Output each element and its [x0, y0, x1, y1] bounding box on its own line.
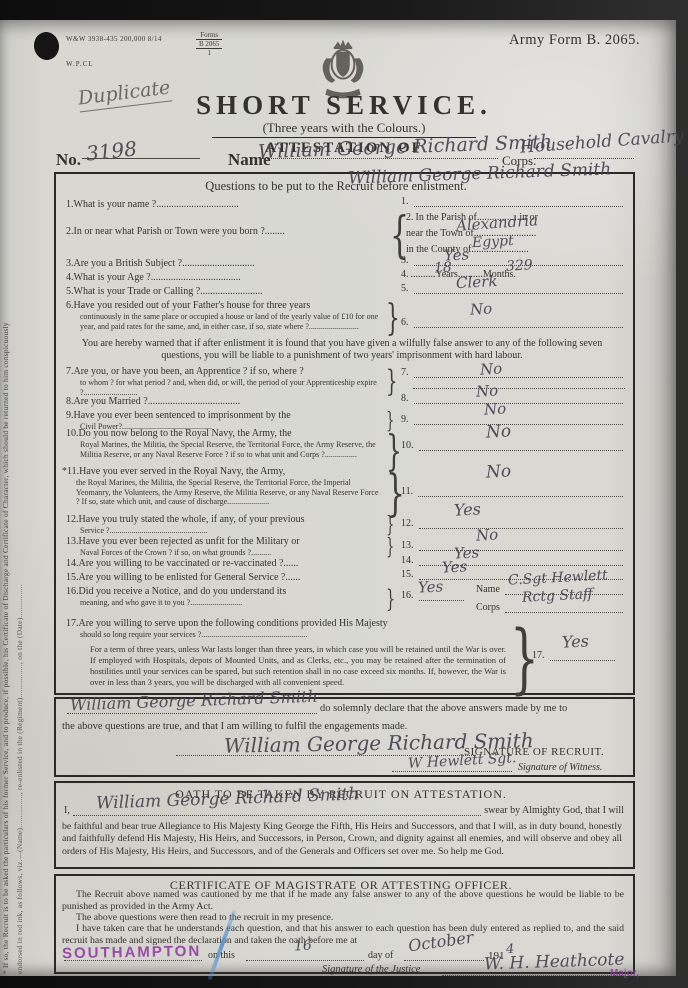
- declaration-line-1: do solemnly declare that the above answe…: [64, 703, 624, 714]
- questions-section: Questions to be put to the Recruit befor…: [54, 172, 635, 695]
- witness-signature-label: Signature of Witness.: [518, 762, 602, 773]
- declaration-section: William George Richard Smith do solemnly…: [54, 697, 635, 777]
- declaration-text-1: do solemnly declare that the above answe…: [320, 703, 567, 714]
- question-3: 3.Are you a British Subject ?...........…: [66, 258, 388, 270]
- answer-13-line: 13.: [401, 540, 626, 551]
- answer-5-line: 5.: [401, 283, 626, 294]
- forms-reference: Forms B 2065 1: [196, 31, 222, 57]
- question-2-text: In or near what Parish or Town were you …: [74, 226, 285, 237]
- answer-14-number: 14.: [401, 555, 414, 566]
- question-1: 1.What is your name ?...................…: [66, 199, 388, 211]
- day-of-label: day of: [368, 950, 393, 961]
- question-14-text: Are you willing to be vaccinated or re-v…: [79, 558, 299, 569]
- name-dotted-line: [262, 158, 498, 159]
- scanned-attestation-form: * If so, the Recruit is to be asked the …: [0, 0, 688, 988]
- question-15: 15.Are you willing to be enlisted for Ge…: [66, 572, 388, 584]
- answer-8-line: 8.: [401, 393, 626, 404]
- answer-14-line: 14.: [401, 555, 626, 566]
- answer-9-line: 9.: [401, 414, 626, 425]
- question-17-conditions: For a term of three years, unless War la…: [90, 644, 506, 688]
- certificate-para-2: The above questions were then read to th…: [62, 912, 624, 923]
- no-label: No.: [56, 150, 81, 170]
- question-16: 16.Did you receive a Notice, and do you …: [66, 586, 388, 608]
- answer-4-months-handwritten: 329: [506, 257, 534, 274]
- question-10-text: Do you now belong to the Royal Navy, the…: [79, 428, 292, 439]
- answer-12-line: 12.: [401, 518, 626, 529]
- rank-stamp: Major,: [610, 968, 639, 979]
- question-7-subtext: to whom ? for what period ? and, when di…: [66, 378, 388, 397]
- question-12-number: 12.: [66, 514, 79, 525]
- month-dotted-line: [404, 960, 484, 961]
- question-12-subtext: Service ?...............................…: [66, 526, 388, 536]
- question-11: *11.Have you ever served in the Royal Na…: [62, 466, 384, 507]
- place-dotted-line: [64, 960, 202, 961]
- justice-dotted-line: [442, 975, 622, 976]
- forms-sub: 1: [196, 49, 222, 57]
- answer-7-handwritten: No: [480, 359, 503, 378]
- brace-q13: }: [386, 537, 394, 559]
- answer-13-handwritten: No: [476, 525, 499, 544]
- dotted-leader: [419, 519, 624, 529]
- answer-16-corps-label: Corps: [476, 602, 500, 613]
- question-10-number: 10.: [66, 428, 79, 439]
- question-3-text: Are you a British Subject ?.............…: [74, 258, 255, 269]
- question-1-number: 1.: [66, 199, 74, 210]
- dotted-leader: [414, 284, 624, 294]
- brace-q12: }: [386, 515, 394, 537]
- dotted-leader: [419, 441, 624, 451]
- day-dotted-line: [246, 960, 364, 961]
- answer-9-handwritten: No: [484, 399, 507, 418]
- duplicate-annotation: Duplicate: [77, 76, 172, 112]
- dotted-leader: [419, 541, 624, 551]
- question-4-number: 4.: [66, 272, 74, 283]
- question-7-number: 7.: [66, 366, 74, 377]
- day-handwritten: 16: [294, 938, 313, 955]
- question-17-number: 17.: [66, 618, 79, 629]
- answer-17-line: 17.: [532, 650, 618, 661]
- question-2: 2.In or near what Parish or Town were yo…: [66, 226, 388, 238]
- question-14-number: 14.: [66, 558, 79, 569]
- question-16-subtext: meaning, and who gave it to you ?.......…: [66, 598, 388, 608]
- answer-16-handwritten: Yes: [418, 577, 444, 596]
- question-17: 17.Are you willing to serve upon the fol…: [66, 618, 506, 640]
- question-4-text: What is your Age ?......................…: [74, 272, 241, 283]
- dotted-leader: [550, 651, 616, 661]
- answer-17-handwritten: Yes: [562, 631, 590, 651]
- question-9-text: Have you ever been sentenced to imprison…: [74, 410, 291, 421]
- question-16-number: 16.: [66, 586, 79, 597]
- question-15-number: 15.: [66, 572, 79, 583]
- question-5-number: 5.: [66, 286, 74, 297]
- answer-5-handwritten: Clerk: [456, 272, 498, 292]
- question-8-number: 8.: [66, 396, 74, 407]
- question-8: 8.Are you Married ?.....................…: [66, 396, 388, 408]
- answer-7-number: 7.: [401, 367, 409, 378]
- answer-7-line: 7.: [401, 367, 626, 378]
- dotted-leader: [414, 197, 624, 207]
- dotted-leader: [414, 318, 624, 328]
- oath-swear-text: swear by Almighty God, that I will: [484, 805, 624, 816]
- army-form-number: Army Form B. 2065.: [470, 32, 640, 49]
- answer-11-number: 11.: [401, 486, 413, 497]
- declaration-text-2: the above questions are true, and that I…: [62, 721, 407, 732]
- forms-label: Forms: [196, 31, 222, 40]
- question-17-subtext: should so long require your services ?..…: [66, 630, 506, 640]
- question-6: 6.Have you resided out of your Father's …: [66, 300, 388, 331]
- answer-8-handwritten: No: [476, 381, 499, 400]
- question-17-text: Are you willing to serve upon the follow…: [79, 618, 388, 629]
- answer-15-handwritten: Yes: [442, 557, 468, 576]
- warning-paragraph: You are hereby warned that if after enli…: [68, 338, 616, 362]
- answer-12-handwritten: Yes: [454, 499, 482, 519]
- dotted-leader: [418, 487, 623, 497]
- question-8-text: Are you Married ?.......................…: [74, 396, 241, 407]
- answer-6-number: 6.: [401, 317, 409, 328]
- corps-dotted-line: [534, 158, 634, 159]
- brace-q6: }: [386, 301, 400, 337]
- margin-note-inner: endorsed in red ink, as follows, viz.—(N…: [15, 128, 24, 974]
- question-16-text: Did you receive a Notice, and do you und…: [79, 586, 287, 597]
- certificate-para-3: I have taken care that he understands ea…: [62, 923, 624, 946]
- question-9-number: 9.: [66, 410, 74, 421]
- answer-6-handwritten: No: [470, 299, 493, 318]
- answer-15-number: 15.: [401, 569, 414, 580]
- answer-11-handwritten: No: [485, 461, 511, 482]
- answer-5-number: 5.: [401, 283, 409, 294]
- oath-body: be faithful and bear true Allegiance to …: [62, 821, 622, 858]
- question-13-text: Have you ever been rejected as unfit for…: [79, 536, 300, 547]
- answer-16-name-label: Name: [476, 584, 500, 595]
- question-5: 5.What is your Trade or Calling ?.......…: [66, 286, 388, 298]
- justice-signature-handwritten: W. H. Heathcote: [484, 950, 625, 975]
- witness-signature-line: [392, 771, 512, 772]
- print-code: W&W 3938-435 200,000 8/14: [66, 35, 162, 43]
- question-5-text: What is your Trade or Calling ?.........…: [74, 286, 263, 297]
- question-11-number: *11.: [62, 466, 79, 477]
- question-10-subtext: Royal Marines, the Militia, the Special …: [66, 440, 388, 459]
- question-7-text: Are you, or have you been, an Apprentice…: [74, 366, 304, 377]
- answer-4-years-handwritten: 18: [434, 260, 453, 277]
- question-13-subtext: Naval Forces of the Crown ? if so, on wh…: [66, 548, 388, 558]
- dotted-leader: [67, 704, 317, 714]
- dotted-leader: [414, 394, 624, 404]
- hole-punch-mark: [32, 30, 61, 61]
- question-11-text: Have you ever served in the Royal Navy, …: [79, 466, 285, 477]
- answer-10-line: 10.: [401, 440, 626, 451]
- answer-10-handwritten: No: [485, 421, 511, 442]
- forms-number: B 2065: [196, 40, 222, 49]
- answer-12-number: 12.: [401, 518, 414, 529]
- question-13-number: 13.: [66, 536, 79, 547]
- no-underline: [82, 158, 200, 159]
- question-13: 13.Have you ever been rejected as unfit …: [66, 536, 388, 558]
- regimental-number-handwritten: 3198: [85, 136, 138, 165]
- paper-sheet: * If so, the Recruit is to be asked the …: [0, 20, 676, 976]
- question-11-subtext: the Royal Marines, the Militia, the Spec…: [62, 478, 384, 507]
- certificate-section: CERTIFICATE OF MAGISTRATE OR ATTESTING O…: [54, 874, 635, 974]
- question-3-number: 3.: [66, 258, 74, 269]
- question-1-text: What is your name ?.....................…: [74, 199, 239, 210]
- answer-3-number: 3.: [401, 255, 409, 266]
- answer-13-number: 13.: [401, 540, 414, 551]
- question-6-subtext: continuously in the same place or occupi…: [66, 312, 388, 331]
- form-title: SHORT SERVICE.: [160, 90, 528, 121]
- answer-1-line: 1.: [401, 196, 626, 207]
- question-10: 10.Do you now belong to the Royal Navy, …: [66, 428, 388, 459]
- question-7: 7.Are you, or have you been, an Apprenti…: [66, 366, 388, 397]
- brace-q7: }: [386, 367, 397, 397]
- answer-7-continuation-line: [413, 388, 625, 389]
- answer-8-number: 8.: [401, 393, 409, 404]
- answer-4-number: 4.: [401, 269, 409, 280]
- question-2-number: 2.: [66, 226, 74, 237]
- brace-q16: }: [386, 587, 395, 611]
- press-mark: W.P.CL: [66, 60, 94, 68]
- question-6-number: 6.: [66, 300, 74, 311]
- answer-9-number: 9.: [401, 414, 409, 425]
- certificate-para-1: The Recruit above named was cautioned by…: [62, 889, 624, 912]
- answer-10-number: 10.: [401, 440, 414, 451]
- dotted-leader: [414, 415, 624, 425]
- question-15-text: Are you willing to be enlisted for Gener…: [79, 572, 301, 583]
- answer-2-number: 2.: [406, 212, 414, 223]
- question-6-text: Have you resided out of your Father's ho…: [74, 300, 311, 311]
- answer-11-line: 11.: [401, 486, 626, 497]
- oath-i-label: I,: [64, 805, 70, 816]
- oath-section: OATH TO BE TAKEN BY RECRUIT ON ATTESTATI…: [54, 781, 635, 869]
- question-12: 12.Have you truly stated the whole, if a…: [66, 514, 388, 536]
- answer-6-line: 6.: [401, 317, 626, 328]
- question-14: 14.Are you willing to be vaccinated or r…: [66, 558, 388, 570]
- answer-2-county-handwritten: Egypt: [472, 233, 514, 251]
- question-4: 4.What is your Age ?....................…: [66, 272, 388, 284]
- answer-17-number: 17.: [532, 650, 545, 661]
- dotted-leader: [414, 368, 624, 378]
- answer-16-number: 16.: [401, 590, 414, 601]
- question-12-text: Have you truly stated the whole, if any,…: [79, 514, 305, 525]
- justice-signature-label: Signature of the Justice: [322, 964, 420, 975]
- margin-note-outer: * If so, the Recruit is to be asked the …: [1, 128, 10, 974]
